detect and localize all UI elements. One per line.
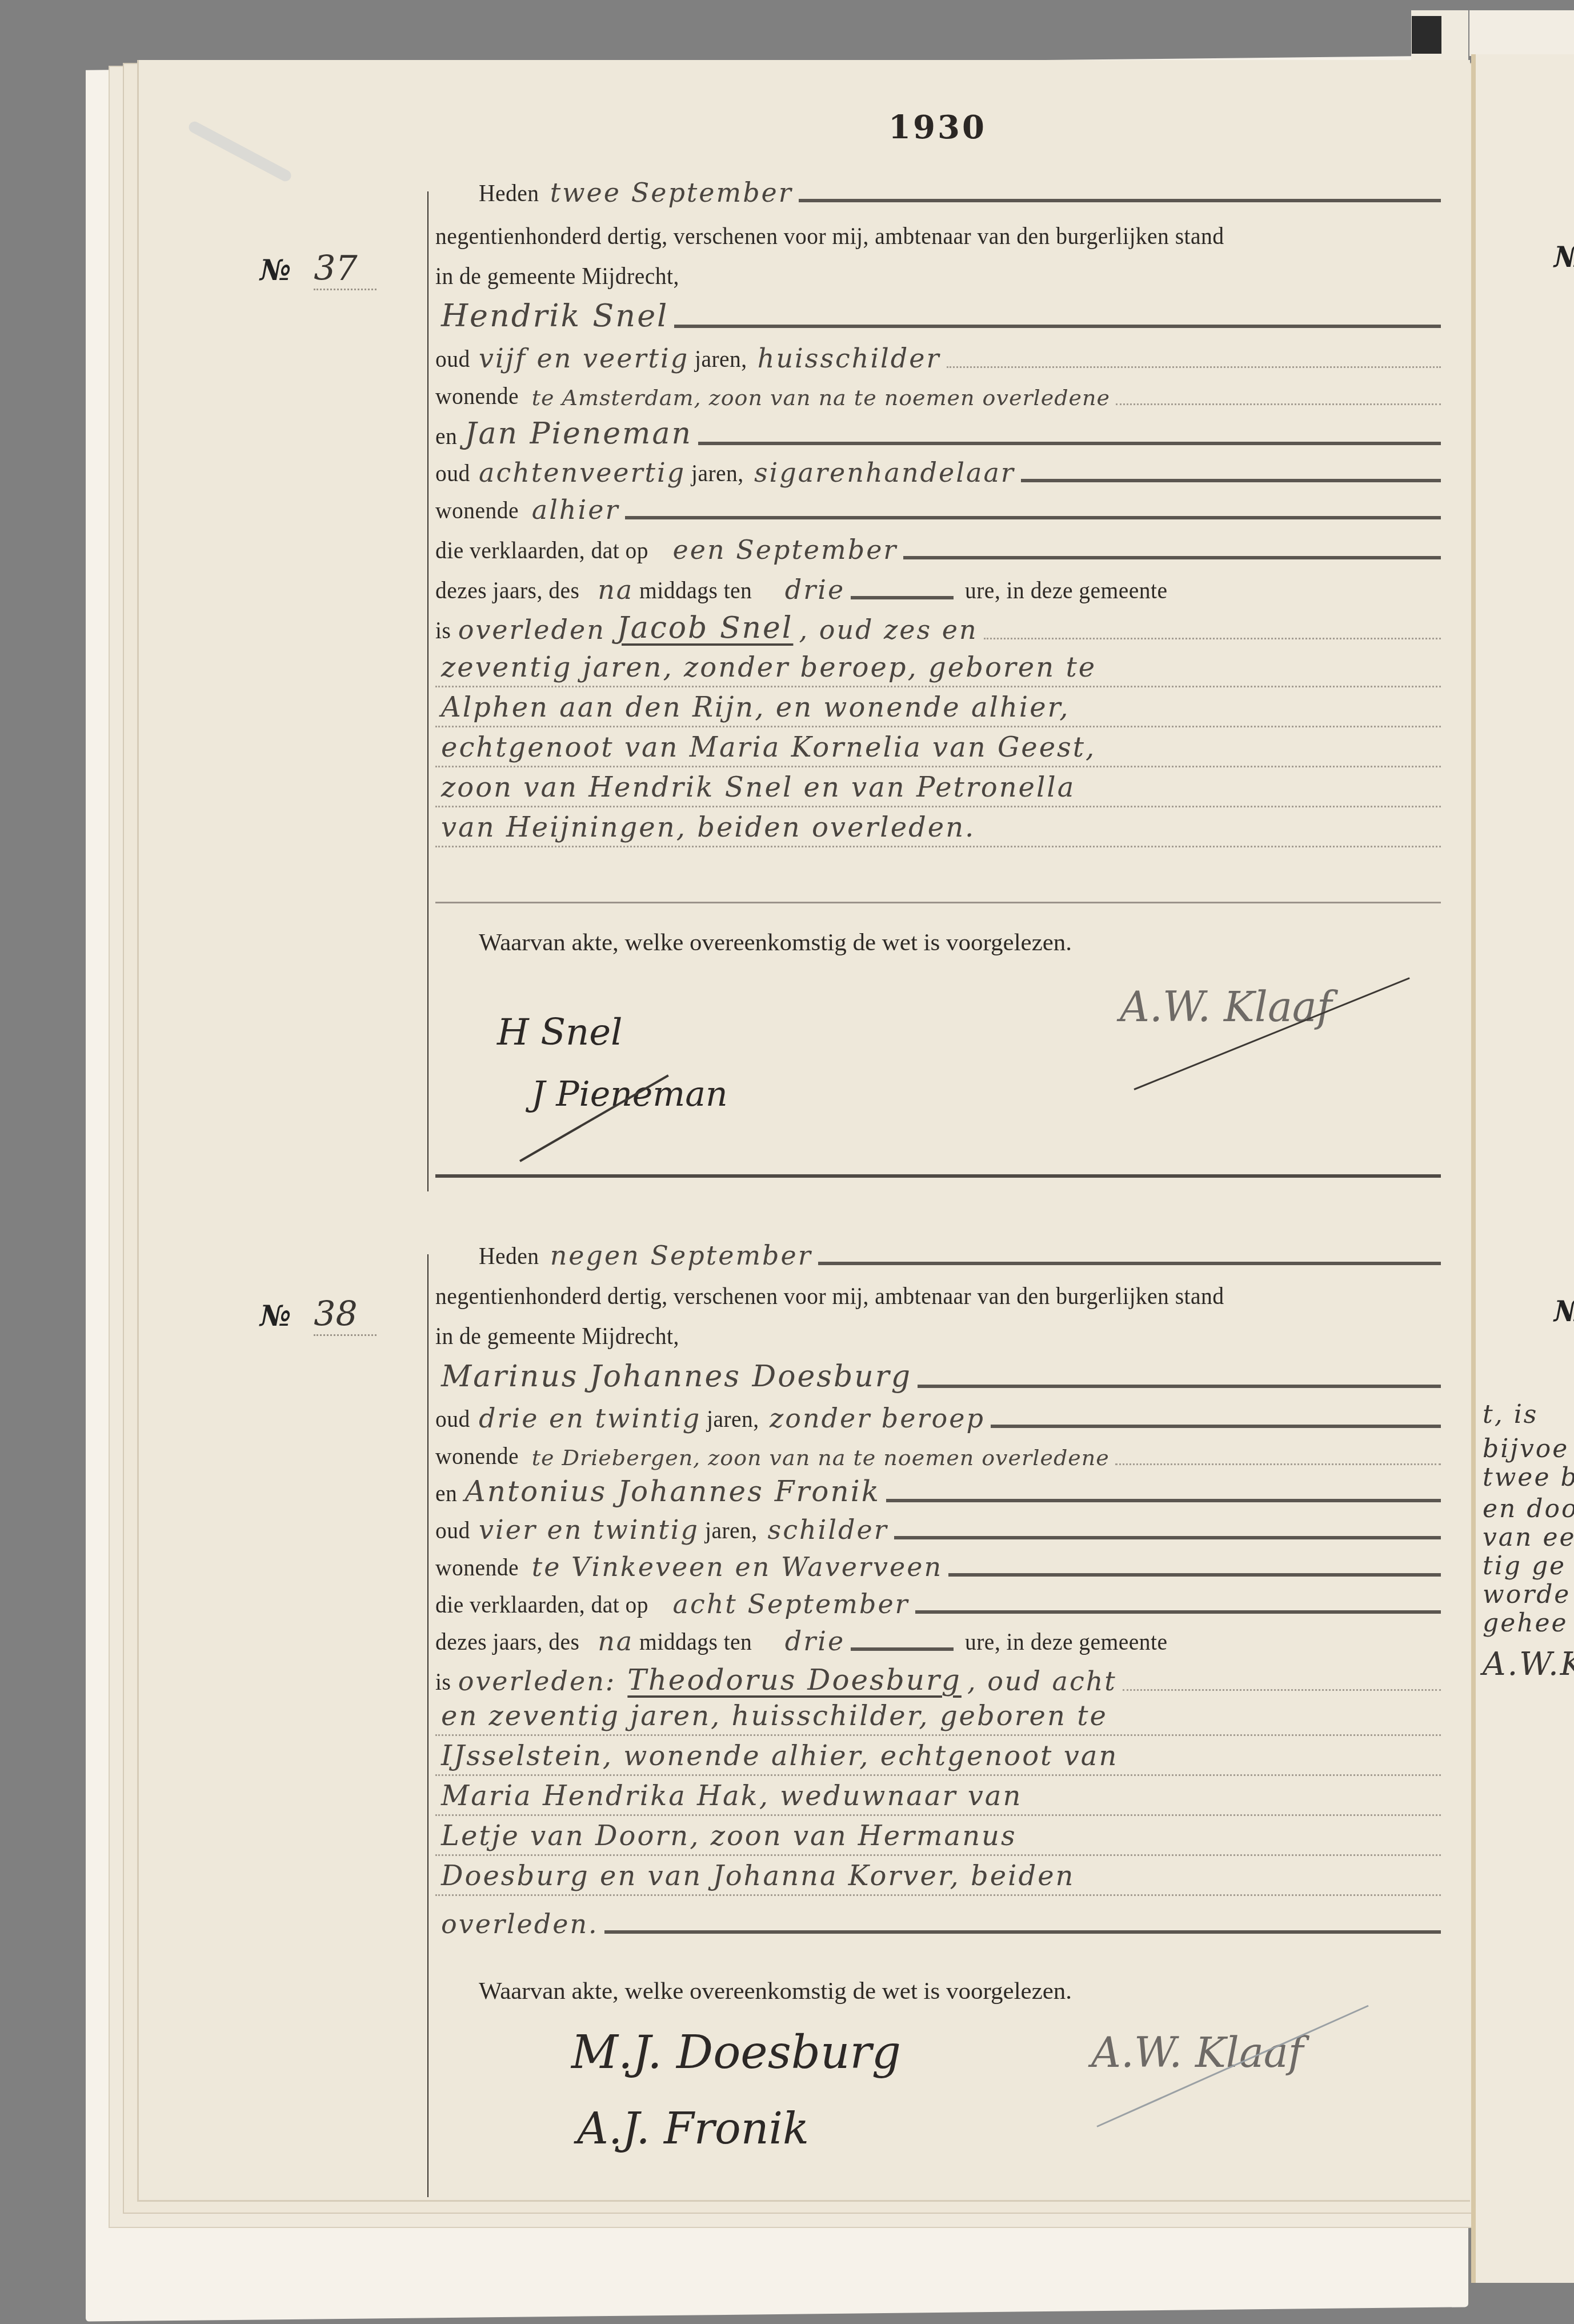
death-date-line: die verklaarden, dat op acht September	[435, 1583, 1441, 1617]
death-hour: drie	[779, 1628, 851, 1654]
death-date: een September	[667, 537, 904, 563]
death-time-line: dezes jaars, des na middags ten drie ure…	[435, 1620, 1441, 1654]
closing-statement: Waarvan akte, welke overeenkomstig de we…	[479, 1977, 1072, 2005]
right-page-fragment	[1471, 54, 1574, 2283]
declarant2-age: vier en twintig	[473, 1517, 705, 1543]
declarant1-age-line: oud drie en twintig jaren, zonder beroep	[435, 1397, 1441, 1431]
details-line: Doesburg en van Johanna Korver, beiden	[435, 1860, 1441, 1896]
declarant1-name-line: Marinus Johannes Doesburg	[435, 1357, 1441, 1391]
declarant1-name: Hendrik Snel	[435, 301, 674, 331]
number-sign: №	[260, 253, 291, 287]
right-page-text: gehee	[1483, 1609, 1568, 1638]
right-page-text: twee b	[1483, 1463, 1574, 1492]
declarant2-name-line: en Antonius Johannes Fronik	[435, 1471, 1441, 1506]
death-date: acht September	[667, 1591, 915, 1617]
municipality-line: in de gemeente Mijdrecht,	[435, 254, 1441, 289]
heden-line: Heden twee September	[479, 171, 1441, 206]
right-page-text: en doo	[1483, 1494, 1574, 1523]
deceased-line: is overleden: Theodorus Doesburg , oud a…	[435, 1660, 1441, 1694]
heden-line: Heden negen September	[479, 1234, 1441, 1269]
declarant2-age-line: oud vier en twintig jaren, schilder	[435, 1509, 1441, 1543]
declarant2-age-line: oud achtenveertig jaren, sigarenhandelaa…	[435, 451, 1441, 486]
right-page-text: bijvoe	[1483, 1434, 1569, 1463]
declarant1-residence-line: wonende te Driebergen, zoon van na te no…	[435, 1434, 1441, 1469]
signature-declarant1: H Snel	[497, 1011, 623, 1054]
declarant2-age: achtenveertig	[473, 459, 691, 486]
death-hour: drie	[779, 577, 851, 603]
declarant1-occupation: zonder beroep	[764, 1405, 991, 1431]
declarant2-name-line: en Jan Pieneman	[435, 414, 1441, 449]
declarant2-residence-line: wonende alhier	[435, 489, 1441, 523]
right-page-text: tig ge	[1483, 1551, 1566, 1581]
deceased-name: Theodorus Doesburg	[622, 1666, 967, 1694]
right-page-number-sign: №	[1554, 240, 1574, 274]
number-sign: №	[260, 1299, 291, 1333]
declarant2-name: Antonius Johannes Fronik	[459, 1477, 886, 1506]
registration-date: negen September	[544, 1242, 818, 1269]
details-line: Letje van Doorn, zoon van Hermanus	[435, 1820, 1441, 1856]
details-line: Alphen aan den Rijn, en wonende alhier,	[435, 691, 1441, 727]
declarant2-residence: te Vinkeveen en Waverveen	[526, 1554, 948, 1580]
declarant2-name: Jan Pieneman	[459, 419, 698, 449]
right-page-number-sign: №	[1554, 1294, 1574, 1328]
time-period: na	[592, 577, 639, 603]
intro-line: negentienhonderd dertig, verschenen voor…	[435, 1274, 1441, 1309]
declarant1-name: Marinus Johannes Doesburg	[435, 1362, 918, 1391]
right-page-text: van een	[1483, 1523, 1574, 1552]
signature-registrar: A.W. Klaaf	[1120, 983, 1332, 1031]
municipality-line: in de gemeente Mijdrecht,	[435, 1314, 1441, 1349]
section-rule	[435, 902, 1441, 903]
time-period: na	[592, 1628, 639, 1654]
declarant2-residence: alhier	[526, 497, 626, 523]
declarant1-residence: te Driebergen, zoon van na te noemen ove…	[526, 1447, 1115, 1469]
record-number-value: 38	[314, 1294, 377, 1336]
details-line: zoon van Hendrik Snel en van Petronella	[435, 771, 1441, 807]
details-line: overleden.	[435, 1903, 1441, 1937]
right-page-text: t, is	[1483, 1400, 1538, 1429]
page-year: 1930	[888, 109, 987, 146]
declarant1-residence: te Amsterdam, zoon van na te noemen over…	[526, 387, 1116, 409]
death-time-line: dezes jaars, des na middags ten drie ure…	[435, 569, 1441, 603]
right-page-text: worde	[1483, 1580, 1571, 1609]
details-line: en zeventig jaren, huisschilder, geboren…	[435, 1700, 1441, 1736]
signature-registrar: A.W. Klaaf	[1091, 2029, 1303, 2077]
declarant2-occupation: sigarenhandelaar	[748, 459, 1021, 486]
details-line: IJsselstein, wonende alhier, echtgenoot …	[435, 1740, 1441, 1776]
declarant1-age: drie en twintig	[473, 1405, 707, 1431]
deceased-name: Jacob Snel	[611, 613, 799, 643]
signature-declarant2: A.J. Fronik	[577, 2103, 809, 2154]
declarant1-occupation: huisschilder	[752, 345, 947, 371]
record-number: №37	[260, 249, 377, 290]
details-line: van Heijningen, beiden overleden.	[435, 811, 1441, 847]
details-line: echtgenoot van Maria Kornelia van Geest,	[435, 731, 1441, 767]
record-number: №38	[260, 1294, 377, 1336]
declarant1-age: vijf en veertig	[473, 345, 695, 371]
closing-statement: Waarvan akte, welke overeenkomstig de we…	[479, 929, 1072, 957]
death-date-line: die verklaarden, dat op een September	[435, 529, 1441, 563]
signature-declarant2: J Pieneman	[531, 1074, 728, 1114]
book-binding	[1412, 16, 1441, 54]
record-number-value: 37	[314, 249, 377, 290]
declarant2-residence-line: wonende te Vinkeveen en Waverveen	[435, 1546, 1441, 1580]
intro-line: negentienhonderd dertig, verschenen voor…	[435, 214, 1441, 249]
right-page-signature: A.W.K	[1483, 1646, 1574, 1683]
declarant1-name-line: Hendrik Snel	[435, 297, 1441, 331]
details-line: Maria Hendrika Hak, weduwnaar van	[435, 1780, 1441, 1816]
margin-rule	[427, 191, 428, 1191]
declarant2-occupation: schilder	[762, 1517, 894, 1543]
declarant1-age-line: oud vijf en veertig jaren, huisschilder	[435, 337, 1441, 371]
record-separator	[435, 1174, 1441, 1178]
registration-date: twee September	[544, 179, 799, 206]
signature-declarant1: M.J. Doesburg	[571, 2026, 901, 2079]
declarant1-residence-line: wonende te Amsterdam, zoon van na te noe…	[435, 374, 1441, 409]
details-line: zeventig jaren, zonder beroep, geboren t…	[435, 651, 1441, 687]
deceased-line: is overleden Jacob Snel , oud zes en	[435, 609, 1441, 643]
right-page-top-edge	[1469, 10, 1574, 56]
margin-rule	[427, 1254, 428, 2197]
